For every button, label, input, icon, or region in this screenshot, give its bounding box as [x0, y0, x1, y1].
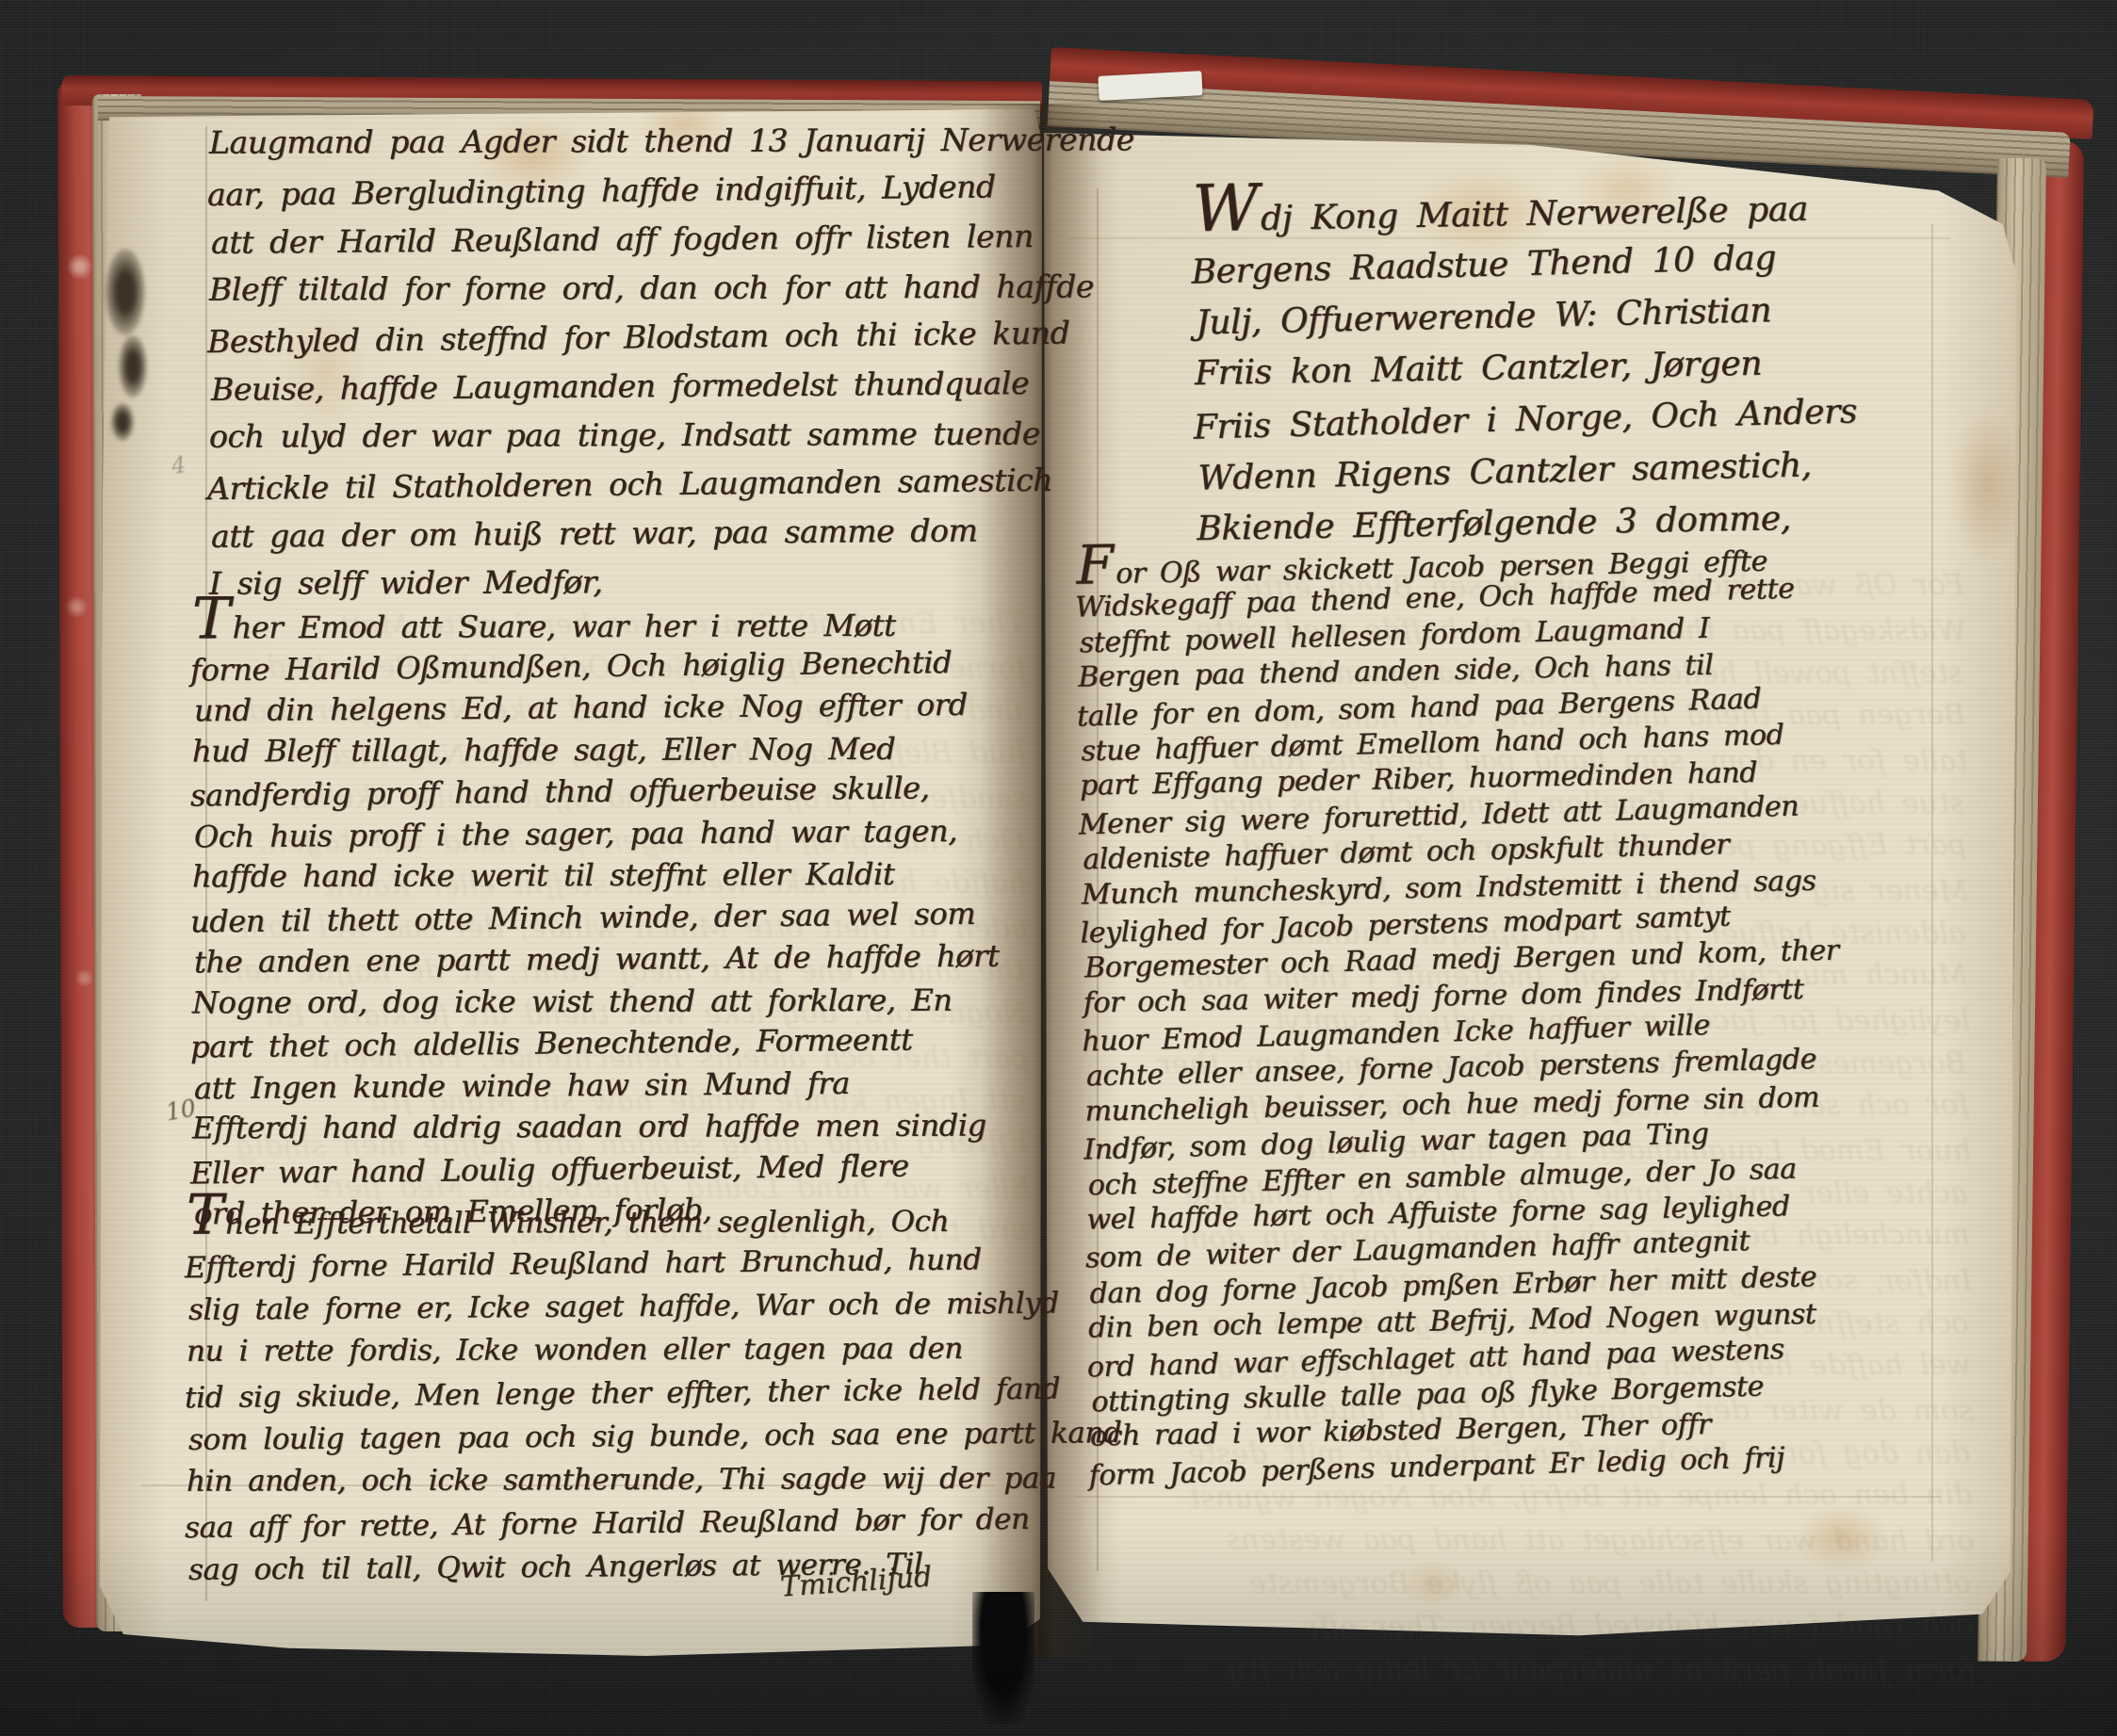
- manuscript-text-line: Ther Emod att Suare, war her i rette Møt…: [192, 602, 998, 646]
- manuscript-text-line: att der Harild Reußland aff fogden offr …: [211, 211, 1136, 268]
- manuscript-text-line: Then Effterthetall Winsher, them seglenl…: [187, 1196, 1120, 1242]
- manuscript-text-line: aar, paa Bergludingting haffde indgiffui…: [207, 161, 1132, 219]
- manuscript-text-line: sandferdig proff hand thnd offuerbeuise …: [190, 767, 996, 817]
- right-page-header: Wdj Kong Maitt Nerwerelße paaBergens Raa…: [1192, 182, 1861, 554]
- manuscript-text-line: Nogne ord, dog icke wist thend att forkl…: [192, 979, 998, 1023]
- manuscript-text-line: Bleff tiltald for forne ord, dan och for…: [209, 262, 1134, 314]
- manuscript-text-line: att Ingen kunde winde haw sin Mund fra: [194, 1061, 1000, 1109]
- manuscript-text-line: Och huis proff i the sager, paa hand war…: [194, 809, 1000, 857]
- ink-smudge: [111, 403, 134, 441]
- manuscript-text-line: part thet och aldellis Benechtende, Form…: [190, 1018, 996, 1068]
- manuscript-text-line: forne Harild Oßmundßen, Och høiglig Bene…: [190, 641, 996, 690]
- manuscript-text-line: hud Bleff tillagt, haffde sagt, Eller No…: [192, 727, 998, 771]
- manuscript-text-line: haffde hand icke werit til steffnt eller…: [192, 853, 998, 898]
- manuscript-text-line: ottingting skulle talle paa oß flyke Bor…: [1085, 1562, 1971, 1606]
- manuscript-text-line: uden til thett otte Minch winde, der saa…: [190, 892, 996, 942]
- manuscript-text-line: och raad i wor kiøbsted Bergen, Ther off…: [1088, 1603, 1974, 1651]
- manuscript-text-line: att gaa der om huiß rett war, paa samme …: [211, 505, 1136, 561]
- right-page-body: For Oß war skickett Jacob persen Beggi e…: [1076, 539, 1845, 1491]
- manuscript-text-line: Laugmand paa Agder sidt thend 13 Januari…: [209, 115, 1134, 167]
- manuscript-text-line: form Jacob perßens underpant Er ledig oc…: [1090, 1647, 1976, 1693]
- manuscript-text-line: hin anden, och icke samtherunde, Thi sag…: [187, 1456, 1120, 1502]
- manuscript-text-line: Besthyled din steffnd for Blodstam och t…: [207, 308, 1132, 366]
- ink-smudge: [119, 335, 147, 397]
- manuscript-text-line: Artickle til Statholderen och Laugmanden…: [207, 455, 1132, 513]
- gutter-bottom-gap: [972, 1592, 1034, 1724]
- left-page-paragraph-1: Laugmand paa Agder sidt thend 13 Januari…: [209, 117, 1134, 607]
- manuscript-text-line: und din helgens Ed, at hand icke Nog eff…: [194, 684, 1000, 732]
- left-page-paragraph-2: Ther Emod att Suare, war her i rette Møt…: [192, 603, 997, 1232]
- manuscript-text-line: Eller war hand Loulig offuerbeuist, Med …: [190, 1144, 996, 1193]
- manuscript-text-line: som loulig tagen paa och sig bunde, och …: [188, 1411, 1122, 1462]
- left-page-paragraph-3: Then Effterthetall Winsher, them seglenl…: [187, 1198, 1119, 1588]
- manuscript-text-line: the anden ene partt medj wantt, At de ha…: [194, 935, 1000, 983]
- manuscript-text-line: nu i rette fordis, Icke wonden eller tag…: [187, 1326, 1120, 1372]
- manuscript-photo: Ther Emod att Suare, war her i rette Møt…: [0, 0, 2117, 1736]
- manuscript-text-line: slig tale forne er, Icke saget haffde, W…: [188, 1281, 1122, 1332]
- ink-smudge: [106, 249, 145, 335]
- manuscript-text-line: Effterdj hand aldrig saadan ord haffde m…: [192, 1105, 998, 1149]
- manuscript-text-line: ord hand war effschlaget att hand paa we…: [1089, 1517, 1975, 1563]
- manuscript-text-line: Beuise, haffde Laugmanden formedelst thu…: [211, 358, 1136, 414]
- manuscript-text-line: sag och til tall, Qwit och Angerløs at w…: [188, 1541, 1122, 1592]
- manuscript-text-line: och ulyd der war paa tinge, Indsatt samm…: [209, 409, 1134, 461]
- margin-mark-10: 10: [164, 1094, 198, 1126]
- manuscript-text-line: I sig selff wider Medfør,: [209, 556, 1134, 608]
